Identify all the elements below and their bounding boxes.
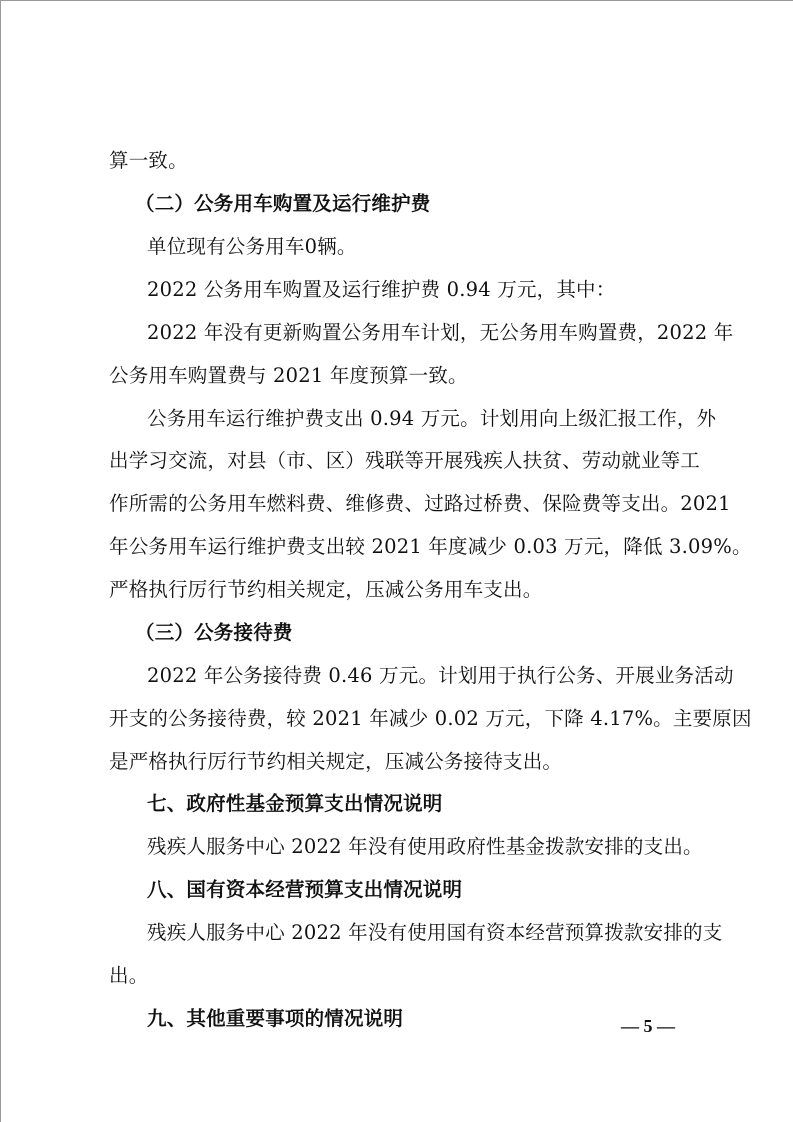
paragraph-section-8: 残疾人服务中心 2022 年没有使用国有资本经营预算拨款安排的支 <box>147 920 699 946</box>
paragraph-section-7: 残疾人服务中心 2022 年没有使用政府性基金拨款安排的支出。 <box>147 834 737 860</box>
paragraph-vehicle-maintenance-cont-3: 年公务用车运行维护费支出较 2021 年度减少 0.03 万元，降低 3.09%… <box>109 534 699 560</box>
paragraph-vehicle-purchase-cont: 公务用车购置费与 2021 年度预算一致。 <box>109 363 699 389</box>
sub-heading-reception-costs: （三）公务接待费 <box>135 620 725 646</box>
paragraph-vehicle-purchase: 2022 年没有更新购置公务用车计划，无公务用车购置费，2022 年 <box>147 320 699 346</box>
sub-heading-vehicle-costs: （二）公务用车购置及运行维护费 <box>135 191 725 217</box>
paragraph-reception-cont-2: 是严格执行厉行节约相关规定，压减公务接待支出。 <box>109 749 699 775</box>
paragraph-vehicle-maintenance: 公务用车运行维护费支出 0.94 万元。计划用向上级汇报工作，外 <box>147 406 699 432</box>
paragraph-vehicle-maintenance-cont-2: 作所需的公务用车燃料费、维修费、过路过桥费、保险费等支出。2021 <box>109 491 699 517</box>
document-page: 算一致。 （二）公务用车购置及运行维护费 单位现有公务用车0辆。 2022 公务… <box>0 0 793 1122</box>
paragraph-reception: 2022 年公务接待费 0.46 万元。计划用于执行公务、开展业务活动 <box>147 663 699 689</box>
paragraph-vehicle-maintenance-cont-1: 出学习交流，对县（市、区）残联等开展残疾人扶贫、劳动就业等工 <box>109 448 699 474</box>
paragraph-section-8-cont: 出。 <box>109 963 699 989</box>
paragraph-vehicle-count: 单位现有公务用车0辆。 <box>147 234 737 260</box>
paragraph-reception-cont-1: 开支的公务接待费，较 2021 年减少 0.02 万元，下降 4.17%。主要原… <box>109 706 699 732</box>
heading-section-7: 七、政府性基金预算支出情况说明 <box>147 791 737 817</box>
heading-section-8: 八、国有资本经营预算支出情况说明 <box>147 877 737 903</box>
page-number: — 5 — <box>621 1016 675 1037</box>
paragraph-vehicle-total: 2022 公务用车购置及运行维护费 0.94 万元，其中： <box>147 277 737 303</box>
text-line-continuation: 算一致。 <box>109 148 699 174</box>
paragraph-vehicle-maintenance-cont-4: 严格执行厉行节约相关规定，压减公务用车支出。 <box>109 577 699 603</box>
